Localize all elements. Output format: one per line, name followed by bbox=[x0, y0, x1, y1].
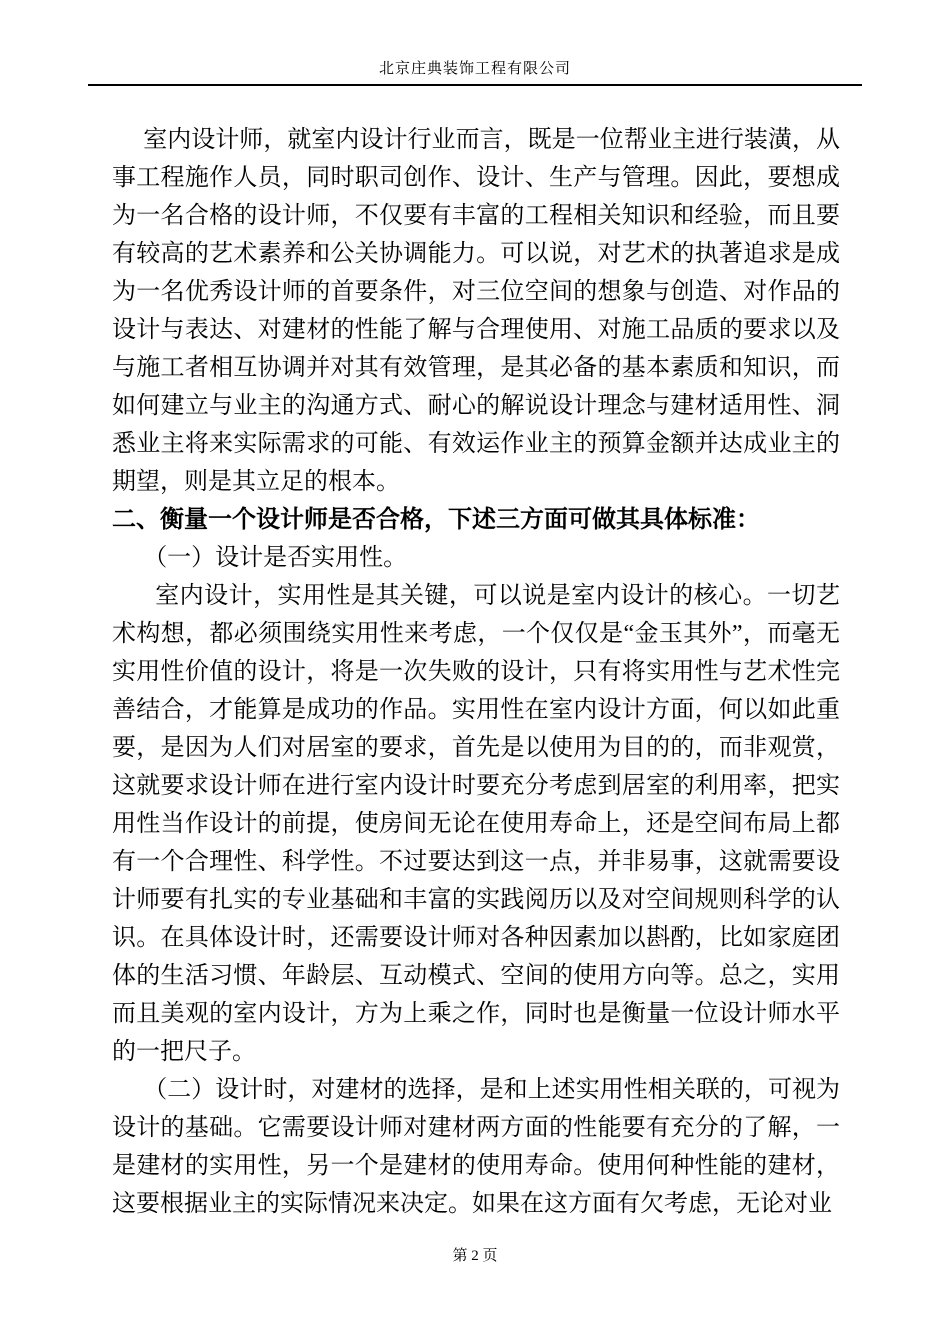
criterion-2-paragraph: （二）设计时，对建材的选择，是和上述实用性相关联的，可视为设计的基础。它需要设计… bbox=[112, 1071, 840, 1223]
page-footer: 第 2 页 bbox=[0, 1246, 950, 1266]
page-header: 北京庄典装饰工程有限公司 bbox=[88, 58, 862, 86]
intro-paragraph: 室内设计师，就室内设计行业而言，既是一位帮业主进行装潢，从事工程施作人员，同时职… bbox=[112, 121, 840, 501]
criterion-1-title: （一）设计是否实用性。 bbox=[112, 539, 840, 577]
page-number-label: 第 2 页 bbox=[452, 1248, 497, 1264]
criterion-1-paragraph: 室内设计，实用性是其关键，可以说是室内设计的核心。一切艺术构想，都必须围绕实用性… bbox=[112, 577, 840, 1071]
document-page: 北京庄典装饰工程有限公司 室内设计师，就室内设计行业而言，既是一位帮业主进行装潢… bbox=[0, 0, 950, 1344]
document-body: 室内设计师，就室内设计行业而言，既是一位帮业主进行装潢，从事工程施作人员，同时职… bbox=[112, 121, 840, 1223]
section-heading: 二、衡量一个设计师是否合格，下述三方面可做其具体标准： bbox=[112, 501, 840, 539]
company-name: 北京庄典装饰工程有限公司 bbox=[379, 61, 571, 77]
